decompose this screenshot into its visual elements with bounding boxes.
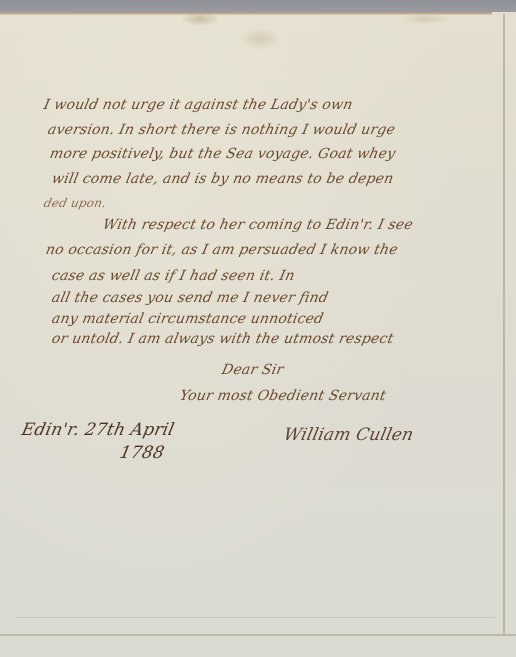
dateline-year: 1788	[118, 443, 166, 463]
background-strip	[0, 0, 516, 12]
letter-line: more positively, but the Sea voyage. Goa…	[48, 146, 397, 162]
letter-line: With respect to her coming to Edin'r. I …	[101, 217, 414, 233]
letter-line: any material circumstance unnoticed	[50, 311, 325, 327]
dateline-place-day: Edin'r. 27th April	[20, 420, 176, 440]
letter-line: case as well as if I had seen it. In	[50, 268, 296, 284]
letter-line: will come late, and is by no means to be…	[50, 171, 395, 187]
letter-line: no occasion for it, as I am persuaded I …	[44, 242, 399, 258]
paper-fold-bottom	[15, 617, 495, 618]
letter-line: all the cases you send me I never find	[50, 290, 329, 306]
paper-stain	[240, 28, 280, 50]
paper-edge-bottom	[0, 634, 516, 636]
letter-line: or untold. I am always with the utmost r…	[50, 331, 395, 347]
salutation: Dear Sir	[220, 362, 285, 378]
paper-stain	[180, 12, 220, 26]
signature: William Cullen	[282, 425, 415, 445]
paper-stain	[400, 14, 450, 24]
letter-line: aversion. In short there is nothing I wo…	[46, 122, 396, 138]
valediction: Your most Obedient Servant	[178, 388, 387, 404]
paper-fold-right	[503, 14, 505, 634]
letter-line: I would not urge it against the Lady's o…	[42, 97, 354, 113]
letter-line: ded upon.	[43, 196, 108, 210]
